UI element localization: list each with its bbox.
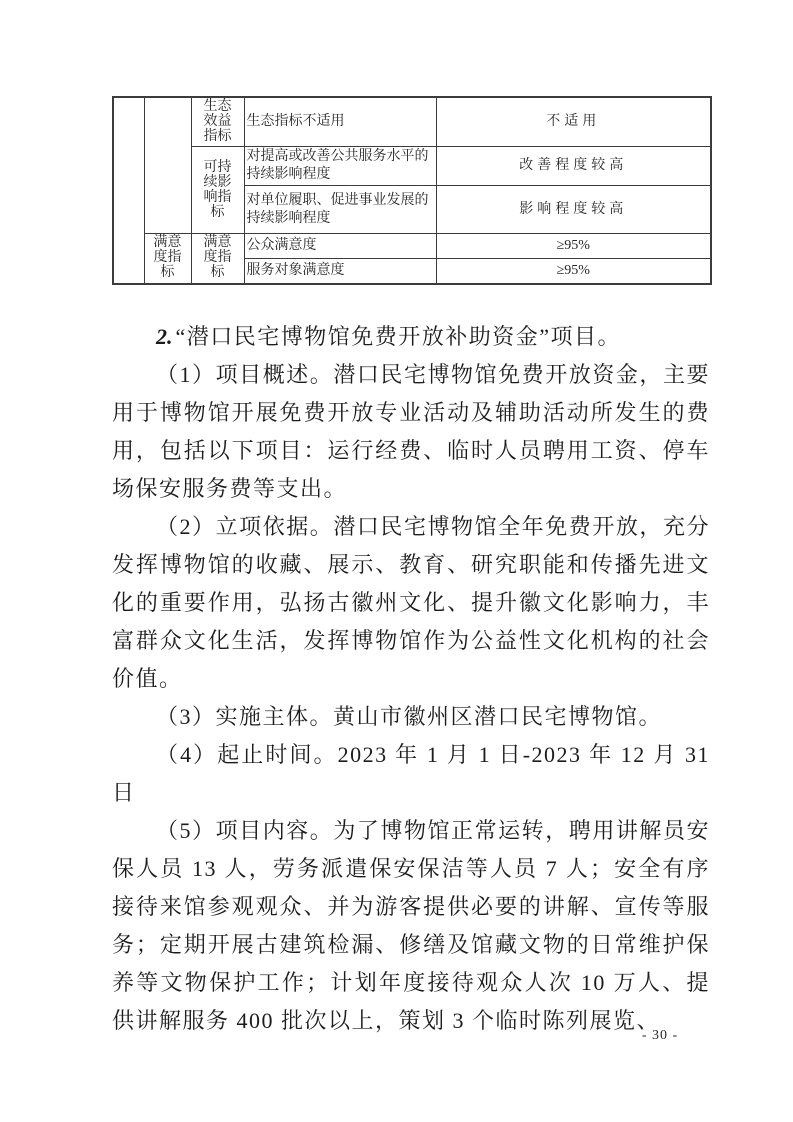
cell-service-satisfaction-value: ≥95%	[436, 259, 711, 284]
performance-indicator-table: 生态效益指标 生态指标不适用 不适用 可持续影响指标 对提高或改善公共服务水平的…	[112, 96, 712, 285]
paragraph-1: （1）项目概述。潜口民宅博物馆免费开放资金，主要用于博物馆开展免费开放专业活动及…	[112, 356, 710, 508]
cell-empty-col2	[144, 97, 191, 234]
cell-eco-indicator-label: 生态效益指标	[191, 97, 244, 147]
cell-public-satisfaction-value: ≥95%	[436, 234, 711, 259]
section-heading: 2.“潜口民宅博物馆免费开放补助资金”项目。	[112, 318, 710, 356]
table-row: 满意度指标 满意度指标 公众满意度 ≥95%	[113, 234, 711, 259]
paragraph-5: （5）项目内容。为了博物馆正常运转，聘用讲解员安保人员 13 人，劳务派遣保安保…	[112, 812, 710, 1040]
cell-sustain-desc-2: 对单位履职、促进事业发展的持续影响程度	[244, 186, 436, 234]
section-heading-text: “潜口民宅博物馆免费开放补助资金”项目。	[176, 324, 622, 349]
cell-eco-desc: 生态指标不适用	[244, 97, 436, 147]
cell-sustain-desc-1: 对提高或改善公共服务水平的持续影响程度	[244, 147, 436, 186]
cell-sustain-indicator-label: 可持续影响指标	[191, 147, 244, 234]
satisfaction-group-label-text: 满意度指标	[154, 235, 182, 280]
cell-eco-value: 不适用	[436, 97, 711, 147]
cell-satisfaction-group-label: 满意度指标	[144, 234, 191, 284]
document-page: 生态效益指标 生态指标不适用 不适用 可持续影响指标 对提高或改善公共服务水平的…	[0, 0, 793, 1122]
table-row: 生态效益指标 生态指标不适用 不适用	[113, 97, 711, 147]
paragraph-4: （4）起止时间。2023 年 1 月 1 日-2023 年 12 月 31 日	[112, 736, 710, 812]
cell-public-satisfaction-desc: 公众满意度	[244, 234, 436, 259]
cell-sustain-value-2: 影响程度较高	[436, 186, 711, 234]
cell-satisfaction-indicator-label: 满意度指标	[191, 234, 244, 284]
sustain-indicator-label-text: 可持续影响指标	[204, 160, 232, 220]
page-number: - 30 -	[610, 1028, 710, 1044]
document-body: 2.“潜口民宅博物馆免费开放补助资金”项目。 （1）项目概述。潜口民宅博物馆免费…	[112, 318, 710, 1040]
section-number: 2.	[156, 324, 176, 349]
cell-empty-col1	[113, 97, 144, 284]
satisfaction-indicator-label-text: 满意度指标	[204, 235, 232, 280]
cell-service-satisfaction-desc: 服务对象满意度	[244, 259, 436, 284]
cell-sustain-value-1: 改善程度较高	[436, 147, 711, 186]
table-row: 可持续影响指标 对提高或改善公共服务水平的持续影响程度 改善程度较高	[113, 147, 711, 186]
paragraph-3: （3）实施主体。黄山市徽州区潜口民宅博物馆。	[112, 698, 710, 736]
eco-indicator-label-text: 生态效益指标	[204, 99, 232, 144]
paragraph-2: （2）立项依据。潜口民宅博物馆全年免费开放，充分发挥博物馆的收藏、展示、教育、研…	[112, 508, 710, 698]
